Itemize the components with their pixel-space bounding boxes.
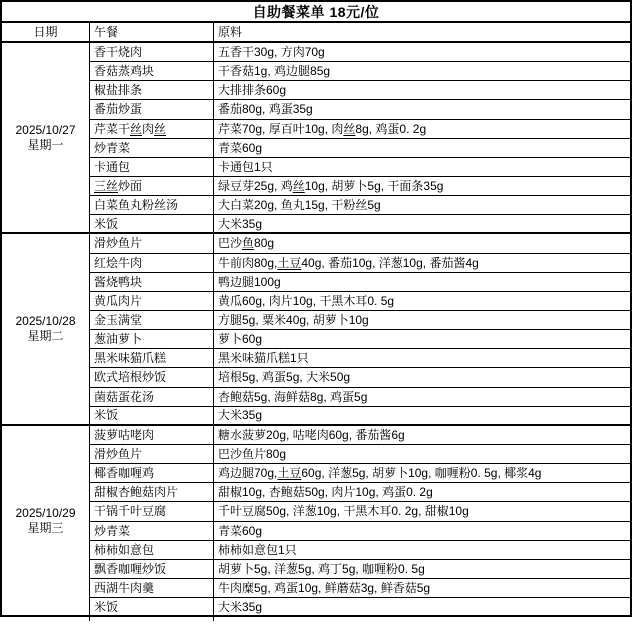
- dish-cell: 飘香咖喱炒饭: [90, 560, 214, 579]
- ingredients-cell: 杏鲍菇5g, 海鲜菇8g, 鸡蛋5g: [214, 388, 630, 407]
- dish-cell: 白菜鱼丸粉丝汤: [90, 196, 214, 215]
- dish-cell: 滑炒鱼片: [90, 234, 214, 253]
- dish-cell: 椒盐排条: [90, 81, 214, 100]
- ingredients-cell: 五香干30g, 方肉70g: [214, 43, 630, 62]
- dish-cell: 米饭: [90, 407, 214, 426]
- gridline-stub-right: [213, 617, 214, 621]
- dish-cell: 芹菜干丝肉丝: [90, 120, 214, 139]
- ingredients-cell: 萝卜60g: [214, 330, 630, 349]
- dish-cell: 金玉满堂: [90, 311, 214, 330]
- dish-cell: 西湖牛肉羹: [90, 579, 214, 598]
- ingredients-cell: 芹菜70g, 厚百叶10g, 肉丝8g, 鸡蛋0. 2g: [214, 120, 630, 139]
- dish-cell: 炒青菜: [90, 139, 214, 158]
- dish-cell: 米饭: [90, 215, 214, 234]
- dish-cell: 黄瓜肉片: [90, 292, 214, 311]
- dish-cell: 番茄炒蛋: [90, 100, 214, 119]
- ingredients-cell: 黑米味猫爪糕1只: [214, 349, 630, 368]
- ingredients-cell: 大排排条60g: [214, 81, 630, 100]
- ingredients-cell: 方腿5g, 粟米40g, 胡萝卜10g: [214, 311, 630, 330]
- dish-cell: 葱油萝卜: [90, 330, 214, 349]
- weekday-text: 星期三: [27, 521, 63, 536]
- ingredients-cell: 巴沙鱼片80g: [214, 445, 630, 464]
- ingredients-cell: 绿豆芽25g, 鸡丝10g, 胡萝卜5g, 干面条35g: [214, 177, 630, 196]
- dish-cell: 香干烧肉: [90, 43, 214, 62]
- ingredients-cell: 牛前肉80g, 土豆40g, 番茄10g, 洋葱10g, 番茄酱4g: [214, 254, 630, 273]
- header-lunch-cell: 午餐: [90, 23, 214, 43]
- header-date-cell: 日期: [2, 23, 90, 43]
- menu-title: 自助餐菜单 18元/位: [253, 2, 380, 22]
- ingredients-cell: 青菜60g: [214, 522, 630, 541]
- dish-cell: 菠萝咕咾肉: [90, 426, 214, 445]
- ingredients-cell: 鸡边腿70g, 土豆60g, 洋葱5g, 胡萝卜10g, 咖喱粉0. 5g, 椰…: [214, 464, 630, 483]
- dish-cell: 炒青菜: [90, 522, 214, 541]
- date-cell: 2025/10/27星期一: [2, 43, 90, 234]
- dish-cell: 三丝炒面: [90, 177, 214, 196]
- dish-cell: 酱烧鸭块: [90, 273, 214, 292]
- gridline-stub-left: [89, 617, 90, 621]
- dish-cell: 黑米味猫爪糕: [90, 349, 214, 368]
- weekday-text: 星期一: [27, 138, 63, 153]
- ingredients-cell: 卡通包1只: [214, 158, 630, 177]
- dish-cell: 香菇蒸鸡块: [90, 62, 214, 81]
- dish-cell: 卡通包: [90, 158, 214, 177]
- header-ingredients-cell: 原料: [214, 23, 630, 43]
- dish-cell: 柿柿如意包: [90, 541, 214, 560]
- dish-cell: 滑炒鱼片: [90, 445, 214, 464]
- date-text: 2025/10/28: [15, 314, 75, 329]
- weekday-text: 星期二: [27, 329, 63, 344]
- ingredients-cell: 糖水菠萝20g, 咕咾肉60g, 番茄酱6g: [214, 426, 630, 445]
- date-text: 2025/10/27: [15, 123, 75, 138]
- ingredients-cell: 大米35g: [214, 598, 630, 617]
- dish-cell: 米饭: [90, 598, 214, 617]
- ingredients-cell: 甜椒10g, 杏鲍菇50g, 肉片10g, 鸡蛋0. 2g: [214, 483, 630, 502]
- ingredients-cell: 巴沙鱼80g: [214, 234, 630, 253]
- ingredients-cell: 柿柿如意包1只: [214, 541, 630, 560]
- ingredients-cell: 大米35g: [214, 215, 630, 234]
- ingredients-cell: 大米35g: [214, 407, 630, 426]
- dish-cell: 甜椒杏鲍菇肉片: [90, 483, 214, 502]
- menu-title-cell: 自助餐菜单 18元/位: [2, 2, 630, 23]
- ingredients-cell: 千叶豆腐50g, 洋葱10g, 干黑木耳0. 2g, 甜椒10g: [214, 502, 630, 521]
- menu-table: 自助餐菜单 18元/位 日期 午餐 原料 2025/10/27星期一香干烧肉五香…: [0, 0, 632, 617]
- ingredients-cell: 培根5g, 鸡蛋5g, 大米50g: [214, 368, 630, 387]
- ingredients-cell: 胡萝卜5g, 洋葱5g, 鸡丁5g, 咖喱粉0. 5g: [214, 560, 630, 579]
- date-text: 2025/10/29: [15, 506, 75, 521]
- date-cell: 2025/10/28星期二: [2, 234, 90, 425]
- menu-sheet: 自助餐菜单 18元/位 日期 午餐 原料 2025/10/27星期一香干烧肉五香…: [0, 0, 632, 626]
- ingredients-cell: 黄瓜60g, 肉片10g, 干黑木耳0. 5g: [214, 292, 630, 311]
- grid-stub-strip: [0, 617, 632, 621]
- dish-cell: 红烩牛肉: [90, 254, 214, 273]
- date-cell: 2025/10/29星期三: [2, 426, 90, 617]
- ingredients-cell: 干香菇1g, 鸡边腿85g: [214, 62, 630, 81]
- ingredients-cell: 牛肉糜5g, 鸡蛋10g, 鲜蘑菇3g, 鲜香菇5g: [214, 579, 630, 598]
- dish-cell: 干锅千叶豆腐: [90, 502, 214, 521]
- ingredients-cell: 番茄80g, 鸡蛋35g: [214, 100, 630, 119]
- ingredients-cell: 青菜60g: [214, 139, 630, 158]
- dish-cell: 欧式培根炒饭: [90, 368, 214, 387]
- dish-cell: 椰香咖喱鸡: [90, 464, 214, 483]
- ingredients-cell: 鸭边腿100g: [214, 273, 630, 292]
- dish-cell: 菌菇蛋花汤: [90, 388, 214, 407]
- menu-grid: 日期 午餐 原料 2025/10/27星期一香干烧肉五香干30g, 方肉70g香…: [2, 23, 630, 617]
- ingredients-cell: 大白菜20g, 鱼丸15g, 干粉丝5g: [214, 196, 630, 215]
